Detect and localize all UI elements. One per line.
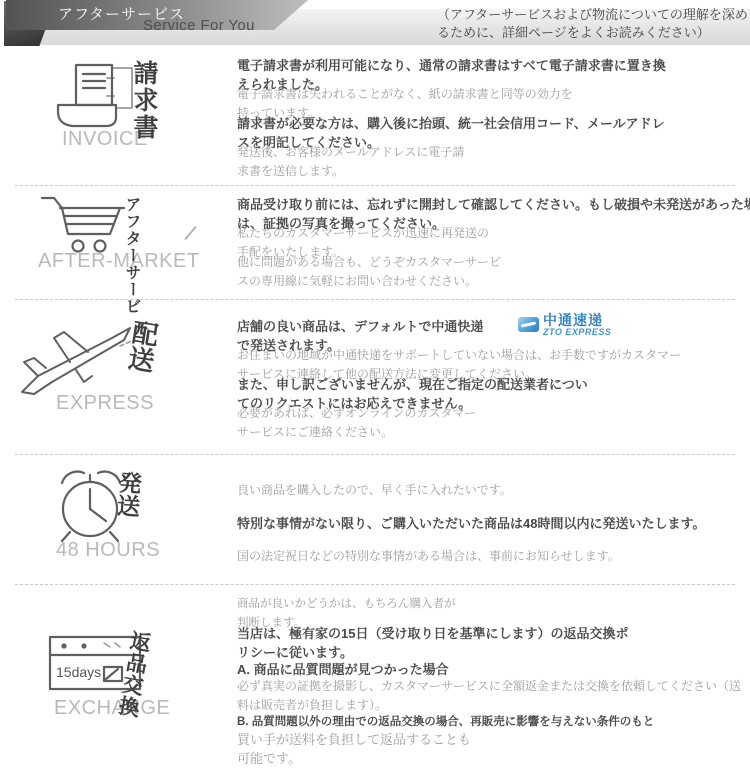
paragraph: 他に問題がある場合も、どうぞカスタマーサービ スの専用線に気軽にお問い合わせくだ… bbox=[237, 253, 750, 291]
service-for-you-title: Service For You bbox=[143, 17, 255, 34]
zto-logo-english: ZTO EXPRESS bbox=[543, 328, 611, 338]
page-header: アフターサービス Service For You （アフターサービスおよび物流に… bbox=[0, 0, 750, 50]
paragraph: 必ず真実の証拠を撮影し、カスタマーサービスに全額返金または交換を依頼してください… bbox=[237, 677, 750, 715]
after-market-text: 商品受け取り前には、忘れずに開封して確認してください。もし破損や未発送があった場… bbox=[237, 186, 750, 300]
section-exchange: 15days 返品交換 EXCHANGE 商品が良いかどうかは、もちろん購入者が… bbox=[0, 585, 750, 780]
express-vertical-title: 配送 bbox=[120, 317, 165, 374]
48-hours-text: 良い商品を購入したので、早く手に入れたいです。 特別な事情がない限り、ご購入いた… bbox=[237, 455, 750, 585]
exchange-text: 商品が良いかどうかは、もちろん購入者が 判断します。 当店は、極有家の15日（受… bbox=[237, 585, 750, 780]
express-intro-before-logo: 店舗の良い商品は、デフォルトで中通快递 bbox=[237, 319, 483, 334]
zto-express-logo: 中通速递ZTO EXPRESS bbox=[518, 313, 611, 338]
paragraph: 必要があれば、必ずオンラインのカスタマー サービスにご連絡ください。 bbox=[237, 404, 750, 442]
paragraph: 国の法定祝日などの特別な事情がある場合は、事前にお知らせします。 bbox=[237, 547, 750, 566]
paragraph: 良い商品を購入したので、早く手に入れたいです。 bbox=[237, 481, 750, 500]
calendar-15days-text: 15days bbox=[56, 664, 101, 680]
section-label-after-market: AFTER-MARKET bbox=[38, 250, 200, 273]
shipping-vertical-title: 発送 bbox=[110, 470, 146, 518]
section-invoice: 請求書 INVOICE 電子請求書が利用可能になり、通常の請求書はすべて電子請求… bbox=[0, 50, 750, 186]
shopping-cart-icon bbox=[36, 192, 128, 258]
section-label-48-hours: 48 HOURS bbox=[56, 539, 160, 562]
section-express: 配送 EXPRESS 店舗の良い商品は、デフォルトで中通快递中通速递ZTO EX… bbox=[0, 300, 750, 455]
zto-logo-chinese: 中通速递 bbox=[543, 313, 611, 328]
paragraph: 当店は、極有家の15日（受け取り日を基準にします）の返品交換ポ リシーに従います… bbox=[237, 624, 750, 662]
section-after-market: アフターサービ AFTER-MARKET 商品受け取り前には、忘れずに開封して確… bbox=[0, 186, 750, 300]
paragraph: 特別な事情がない限り、ご購入いただいた商品は48時間以内に発送いたします。 bbox=[237, 514, 750, 533]
header-note: （アフターサービスおよび物流についての理解を深め るために、詳細ページをよくお読… bbox=[437, 6, 748, 42]
paragraph: 発送後、お客様のメールアドレスに電子請 求書を送信します。 bbox=[237, 143, 750, 181]
express-text: 店舗の良い商品は、デフォルトで中通快递中通速递ZTO EXPRESSで発送されま… bbox=[237, 300, 750, 455]
sketch-slash-mark bbox=[184, 226, 196, 240]
zto-logo-icon bbox=[518, 317, 539, 332]
section-48-hours: 発送 48 HOURS 良い商品を購入したので、早く手に入れたいです。 特別な事… bbox=[0, 455, 750, 585]
invoice-text: 電子請求書が利用可能になり、通常の請求書はすべて電子請求書に置き換 えられました… bbox=[237, 50, 750, 186]
paragraph: 買い手が送料を負担して返品することも 可能です。 bbox=[237, 730, 750, 768]
invoice-vertical-title: 請求書 bbox=[126, 60, 162, 141]
